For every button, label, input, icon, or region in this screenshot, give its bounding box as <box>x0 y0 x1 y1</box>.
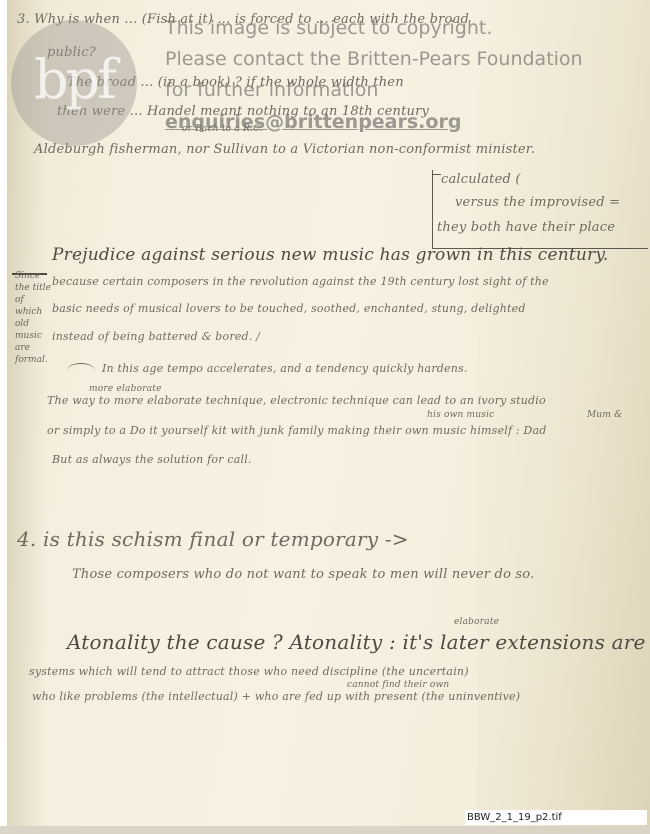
atonality-line1: Atonality the cause ? Atonality : it's l… <box>67 630 646 654</box>
copyright-notice: This image is subject to copyright. <box>165 17 492 39</box>
bpf-logo-text: bpf <box>11 48 137 111</box>
box-line2: versus the improvised = <box>455 195 620 210</box>
prejudice-line1: Prejudice against serious new music has … <box>52 245 609 265</box>
bpf-logo-watermark: bpf <box>11 20 137 146</box>
prejudice-line2: because certain composers in the revolut… <box>52 275 549 288</box>
section3-line5: Aldeburgh fisherman, nor Sullivan to a V… <box>34 142 535 157</box>
atonality-line2: systems which will tend to attract those… <box>29 665 469 678</box>
margin-note-line: Since <box>15 270 55 282</box>
prejudice-margin2: Mum & <box>587 410 622 420</box>
atonality-insert2: cannot find their own <box>347 680 449 690</box>
filename-label: BBW_2_1_19_p2.tif <box>465 810 647 825</box>
prejudice-line7: or simply to a Do it yourself kit with j… <box>47 424 547 437</box>
prejudice-insert2: his own music <box>427 410 494 420</box>
margin-note-line: the title <box>15 282 55 294</box>
atonality-insert1: elaborate <box>454 617 499 627</box>
further-info-notice: for further information <box>165 79 378 101</box>
margin-note-line: formal. <box>15 354 55 366</box>
margin-note-line: of <box>15 294 55 306</box>
enquiries-email-link[interactable]: enquiries@brittenpears.org <box>165 111 461 133</box>
section4-heading: 4. is this schism final or temporary -> <box>17 527 409 551</box>
boxed-note: calculated ( versus the improvised = the… <box>432 170 648 249</box>
box-line3: they both have their place <box>437 220 615 235</box>
contact-notice: Please contact the Britten-Pears Foundat… <box>165 48 583 70</box>
prejudice-insert1: more elaborate <box>89 384 162 394</box>
margin-note: Since the title of which old music are f… <box>15 270 55 366</box>
atonality-line3: who like problems (the intellectual) + w… <box>32 690 520 703</box>
prejudice-line4: instead of being battered & bored. / <box>52 330 260 343</box>
prejudice-line3: basic needs of musical lovers to be touc… <box>52 302 526 315</box>
margin-note-line: are <box>15 342 55 354</box>
box-line1: calculated ( <box>441 172 521 187</box>
page-bottom-edge <box>0 826 650 834</box>
margin-note-line: which <box>15 306 55 318</box>
insertion-arrow <box>67 363 95 378</box>
margin-note-line: old music <box>15 318 55 342</box>
prejudice-line6: The way to more elaborate technique, ele… <box>47 394 546 407</box>
section4-line2: Those composers who do not want to speak… <box>72 567 534 582</box>
prejudice-line8: But as always the solution for call. <box>52 453 252 466</box>
prejudice-line5: In this age tempo accelerates, and a ten… <box>102 362 468 375</box>
